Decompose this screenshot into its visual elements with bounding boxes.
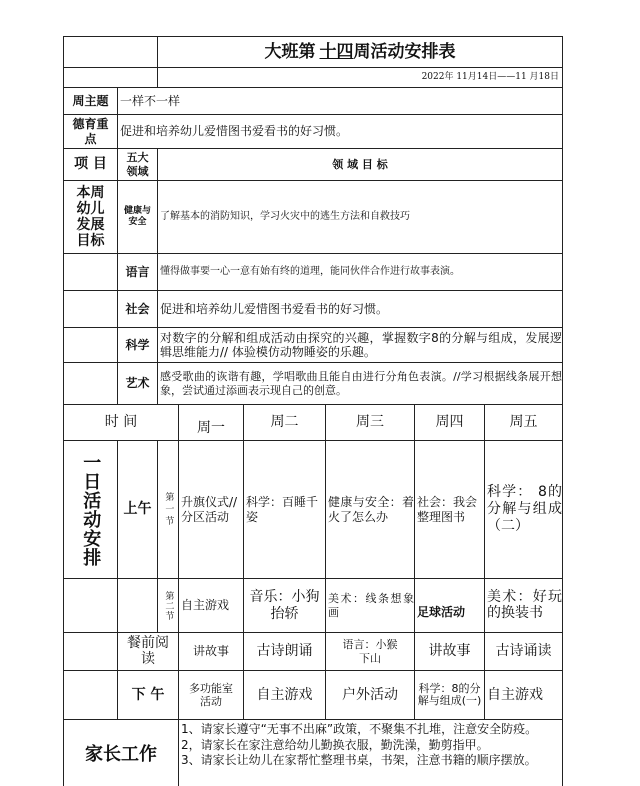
page-title: 大班第 十四 周活动安排表: [157, 36, 563, 68]
title-blank-cell: [63, 36, 158, 68]
goal-health: 了解基本的消防知识，学习火灾中的逃生方法和自救技巧: [157, 180, 563, 254]
period2-label: 第二节: [157, 578, 179, 633]
tue-reading: 古诗朗诵: [243, 632, 326, 671]
fri-period1: 科学： 8的分解与组成（二）: [484, 440, 563, 579]
tue-afternoon: 自主游戏: [243, 670, 326, 720]
thu-reading: 讲故事: [414, 632, 485, 671]
domain-science: 科学: [117, 327, 158, 363]
goal-art: 感受歌曲的诙谐有趣，学唱歌曲且能自由进行分角色表演。//学习根据线条展开想象，尝…: [157, 362, 563, 405]
time-header: 时 间: [63, 404, 179, 441]
fri-afternoon: 自主游戏: [484, 670, 563, 720]
mon-period1: 升旗仪式//分区活动: [178, 440, 244, 579]
fri-reading: 古诗诵读: [484, 632, 563, 671]
parents-note-2: 2，请家长在家注意给幼儿勤换衣服，勤洗澡，勤剪指甲。: [181, 738, 562, 754]
wed-period2: 美术：线条想象画: [325, 578, 415, 633]
goal-language: 懂得做事要一心一意有始有终的道理，能同伙伴合作进行故事表演。: [157, 253, 563, 291]
goals-section-label: 本周幼儿发展目标: [63, 180, 118, 254]
title-suffix: 周活动安排表: [354, 42, 456, 62]
daily-schedule-section-label: 一日活动安排: [63, 440, 118, 579]
goals-blank-cell: [63, 327, 118, 363]
moral-value: 促进和培养幼儿爱惜图书爱看书的好习惯。: [117, 114, 563, 149]
thu-period2: 足球活动: [414, 578, 485, 633]
domain-header: 五大领域: [117, 148, 158, 181]
parents-note-3: 3、请家长让幼儿在家帮忙整理书桌，书架，注意书籍的顺序摆放。: [181, 753, 562, 769]
title-prefix: 大班第: [265, 42, 316, 62]
moral-label: 德育重点: [63, 114, 118, 149]
fri-period2: 美术：好玩的换装书: [484, 578, 563, 633]
schedule-blank-cell: [117, 578, 158, 633]
goal-science: 对数字的分解和组成活动由探究的兴趣，掌握数字8的分解与组成，发展逻辑思维能力//…: [157, 327, 563, 363]
date-range: 2022年 11月14日——11 月18日: [157, 67, 563, 88]
wed-period1: 健康与安全：着火了怎么办: [325, 440, 415, 579]
schedule-blank-cell: [63, 632, 118, 671]
day-header-thu: 周四: [414, 404, 485, 441]
parents-note-1: 1、请家长遵守“无事不出麻”政策，不聚集不扎堆，注意安全防疫。: [181, 722, 562, 738]
reading-label: 餐前阅读: [117, 632, 179, 671]
afternoon-label: 下 午: [117, 670, 179, 720]
item-header: 项 目: [63, 148, 118, 181]
day-header-wed: 周三: [325, 404, 415, 441]
goals-blank-cell: [63, 362, 118, 405]
day-header-mon: 周一: [178, 404, 244, 441]
mon-reading: 讲故事: [178, 632, 244, 671]
date-blank-cell: [63, 67, 158, 88]
period1-label: 第一节: [157, 440, 179, 579]
theme-value: 一样不一样: [117, 87, 563, 115]
domain-social: 社会: [117, 290, 158, 328]
schedule-blank-cell: [63, 670, 118, 720]
goal-header: 领 域 目 标: [157, 148, 563, 181]
day-header-tue: 周二: [243, 404, 326, 441]
tue-period2: 音乐：小狗抬轿: [243, 578, 326, 633]
wed-reading: 语言：小猴下山: [325, 632, 415, 671]
title-week-number: 十四: [320, 42, 354, 62]
domain-language: 语言: [117, 253, 158, 291]
tue-period1: 科学：百睡千姿: [243, 440, 326, 579]
goal-social: 促进和培养幼儿爱惜图书爱看书的好习惯。: [157, 290, 563, 328]
parents-notes: 1、请家长遵守“无事不出麻”政策，不聚集不扎堆，注意安全防疫。 2，请家长在家注…: [178, 719, 563, 786]
wed-afternoon: 户外活动: [325, 670, 415, 720]
day-header-fri: 周五: [484, 404, 563, 441]
theme-label: 周主题: [63, 87, 118, 115]
goals-blank-cell: [63, 253, 118, 291]
goals-blank-cell: [63, 290, 118, 328]
mon-period2: 自主游戏: [178, 578, 244, 633]
schedule-blank-cell: [63, 578, 118, 633]
domain-health: 健康与安全: [117, 180, 158, 254]
domain-art: 艺术: [117, 362, 158, 405]
parents-label: 家长工作: [63, 719, 179, 786]
thu-period1: 社会：我会整理图书: [414, 440, 485, 579]
morning-label: 上午: [117, 440, 158, 579]
thu-afternoon: 科学：8的分解与组成(一): [414, 670, 485, 720]
mon-afternoon: 多功能室活动: [178, 670, 244, 720]
